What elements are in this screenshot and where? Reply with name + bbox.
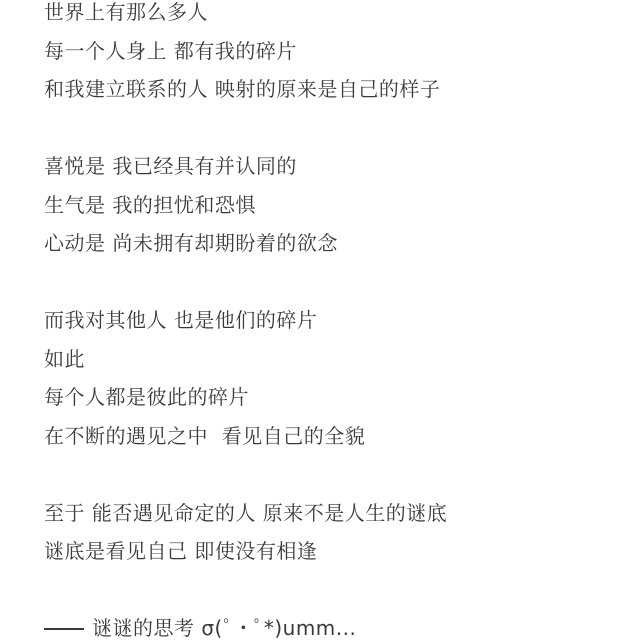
stanza-break [44, 455, 634, 494]
stanza-2: 喜悦是 我已经具有并认同的 生气是 我的担忧和恐惧 心动是 尚未拥有却期盼着的欲… [44, 147, 634, 263]
stanza-break [44, 109, 634, 148]
poem-line: 在不断的遇见之中 看见自己的全貌 [44, 417, 634, 456]
poem-line: 至于 能否遇见命定的人 原来不是人生的谜底 [44, 494, 634, 533]
poem-line: 世界上有那么多人 [44, 0, 634, 32]
poem-line: 每一个人身上 都有我的碎片 [44, 32, 634, 71]
stanza-break [44, 263, 634, 302]
stanza-3: 而我对其他人 也是他们的碎片 如此 每个人都是彼此的碎片 在不断的遇见之中 看见… [44, 301, 634, 455]
signature-line: 谜谜的思考 σ(ﾟ・ﾟ*)umm... [44, 609, 634, 640]
stanza-4: 至于 能否遇见命定的人 原来不是人生的谜底 谜底是看见自己 即使没有相逢 [44, 494, 634, 571]
poem-line: 和我建立联系的人 映射的原来是自己的样子 [44, 70, 634, 109]
poem-line: 生气是 我的担忧和恐惧 [44, 186, 634, 225]
poem-line: 每个人都是彼此的碎片 [44, 378, 634, 417]
poem-line: 如此 [44, 340, 634, 379]
poem-line: 心动是 尚未拥有却期盼着的欲念 [44, 224, 634, 263]
poem-line: 谜底是看见自己 即使没有相逢 [44, 532, 634, 571]
poem-line: 而我对其他人 也是他们的碎片 [44, 301, 634, 340]
stanza-1: 世界上有那么多人 每一个人身上 都有我的碎片 和我建立联系的人 映射的原来是自己… [44, 0, 634, 109]
stanza-break [44, 571, 634, 610]
signature-text: 谜谜的思考 σ(ﾟ・ﾟ*)umm... [92, 616, 356, 640]
poem-line: 喜悦是 我已经具有并认同的 [44, 147, 634, 186]
poem-text: 世界上有那么多人 每一个人身上 都有我的碎片 和我建立联系的人 映射的原来是自己… [44, 0, 634, 640]
em-dash-rule [44, 628, 84, 630]
